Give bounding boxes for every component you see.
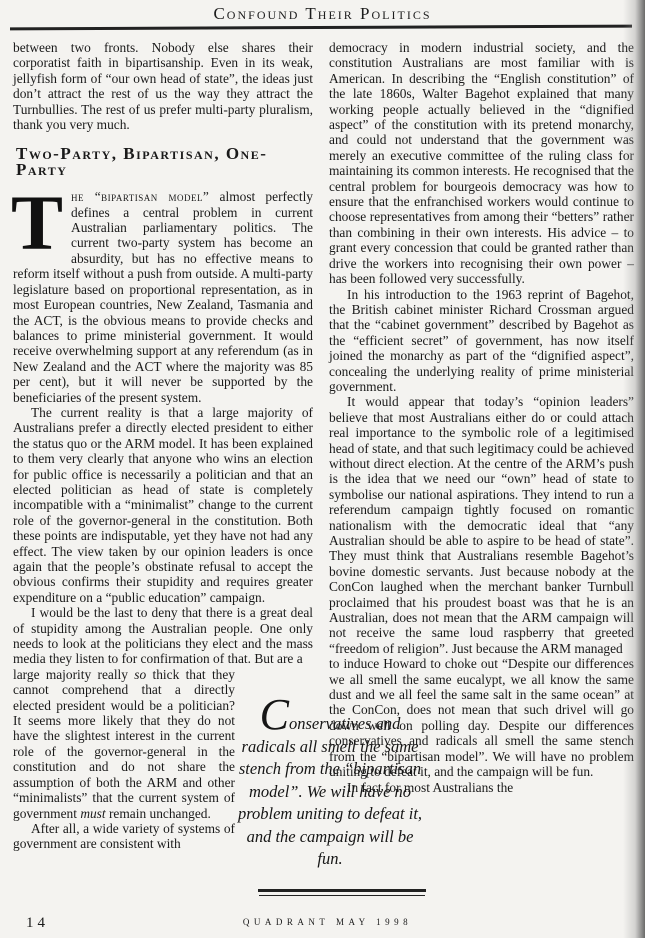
drop-cap: T (11, 194, 63, 252)
header-rule (10, 25, 632, 31)
pull-quote-initial: C (260, 690, 289, 739)
right-column: democracy in modern industrial society, … (329, 40, 634, 795)
emphasis-must: must (80, 806, 105, 821)
paragraph-opinion-leaders: It would appear that today’s “opinion le… (329, 394, 634, 656)
intro-paragraph: between two fronts. Nobody else shares t… (13, 40, 313, 132)
pull-quote-rule (258, 889, 426, 892)
paragraph-current-reality: The current reality is that a large majo… (13, 405, 313, 605)
emphasis-so: so (134, 667, 146, 682)
paragraph-stupidity: I would be the last to deny that there i… (13, 605, 313, 667)
lead-paragraph: The “bipartisan model” almost perfectly … (13, 189, 313, 405)
pull-quote: Conservatives and radicals all smell the… (232, 700, 428, 871)
text-run: large majority really (13, 667, 134, 682)
paragraph-crossman: In his introduction to the 1963 reprint … (329, 287, 634, 395)
text-run: thick that they cannot comprehend that a… (13, 667, 235, 821)
paragraph-stupidity-narrow: large majority really so thick that they… (13, 667, 235, 821)
paragraph-after-all: After all, a wide variety of systems of … (13, 821, 235, 852)
paragraph-stupidity-text: I would be the last to deny that there i… (13, 605, 313, 666)
paragraph-bagehot: democracy in modern industrial society, … (329, 40, 634, 287)
text-run: remain unchanged. (106, 806, 211, 821)
section-heading: Two-Party, Bipartisan, One-Party (16, 146, 313, 177)
pull-quote-text: onservatives and radicals all smell the … (238, 714, 422, 868)
running-head-title: Confound Their Politics (0, 4, 645, 24)
magazine-footer: QUADRANT MAY 1998 (0, 917, 645, 927)
lead-smallcaps: he “bipartisan model” (71, 189, 209, 204)
